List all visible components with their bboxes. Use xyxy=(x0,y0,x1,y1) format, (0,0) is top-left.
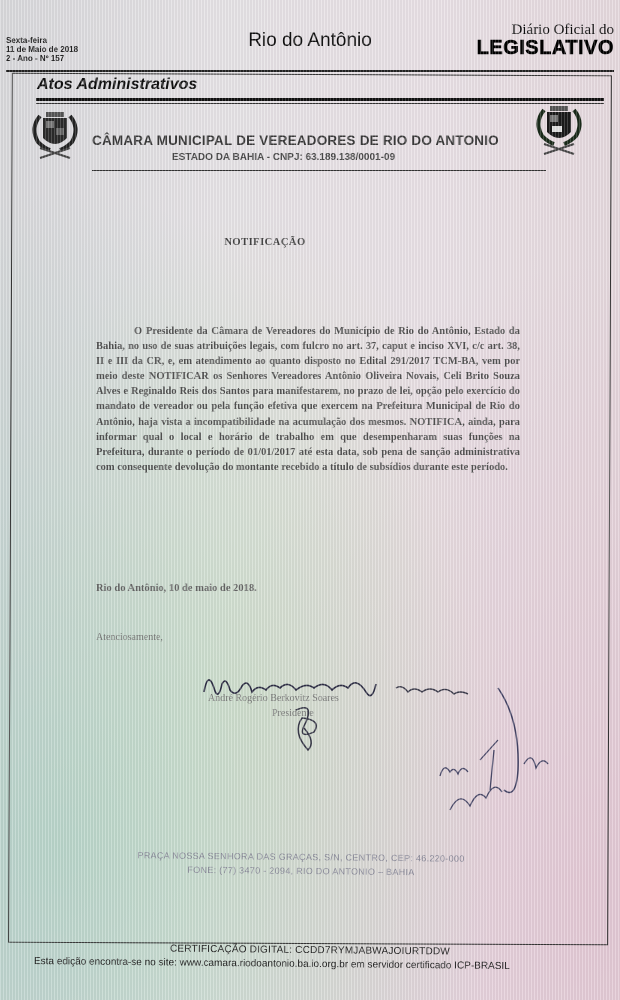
notification-body: O Presidente da Câmara de Vereadores do … xyxy=(96,324,520,475)
document-title: NOTIFICAÇÃO xyxy=(0,237,530,248)
coat-of-arms-icon xyxy=(26,108,84,168)
handwritten-receipt-note xyxy=(420,680,570,820)
chamber-state-cnpj: ESTADO DA BAHIA - CNPJ: 63.189.138/0001-… xyxy=(172,152,395,163)
chamber-name: CÂMARA MUNICIPAL DE VEREADORES DE RIO DO… xyxy=(92,133,499,148)
place-and-date: Rio do Antônio, 10 de maio de 2018. xyxy=(96,583,257,594)
edition-number: 2 - Ano - Nº 157 xyxy=(6,54,78,63)
publication-name-small: Diário Oficial do xyxy=(477,22,614,38)
header-divider xyxy=(6,70,614,72)
section-title: Atos Administrativos xyxy=(37,76,197,94)
site-notice: Esta edição encontra-se no site: www.cam… xyxy=(34,956,510,972)
letterhead-divider xyxy=(92,170,546,171)
section-divider-thin xyxy=(36,103,604,104)
publication-name-big: LEGISLATIVO xyxy=(477,38,614,58)
closing-salutation: Atenciosamente, xyxy=(96,632,163,643)
coat-of-arms-icon xyxy=(530,102,588,162)
section-divider xyxy=(36,98,604,101)
publication-logo: Diário Oficial do LEGISLATIVO xyxy=(477,22,614,58)
